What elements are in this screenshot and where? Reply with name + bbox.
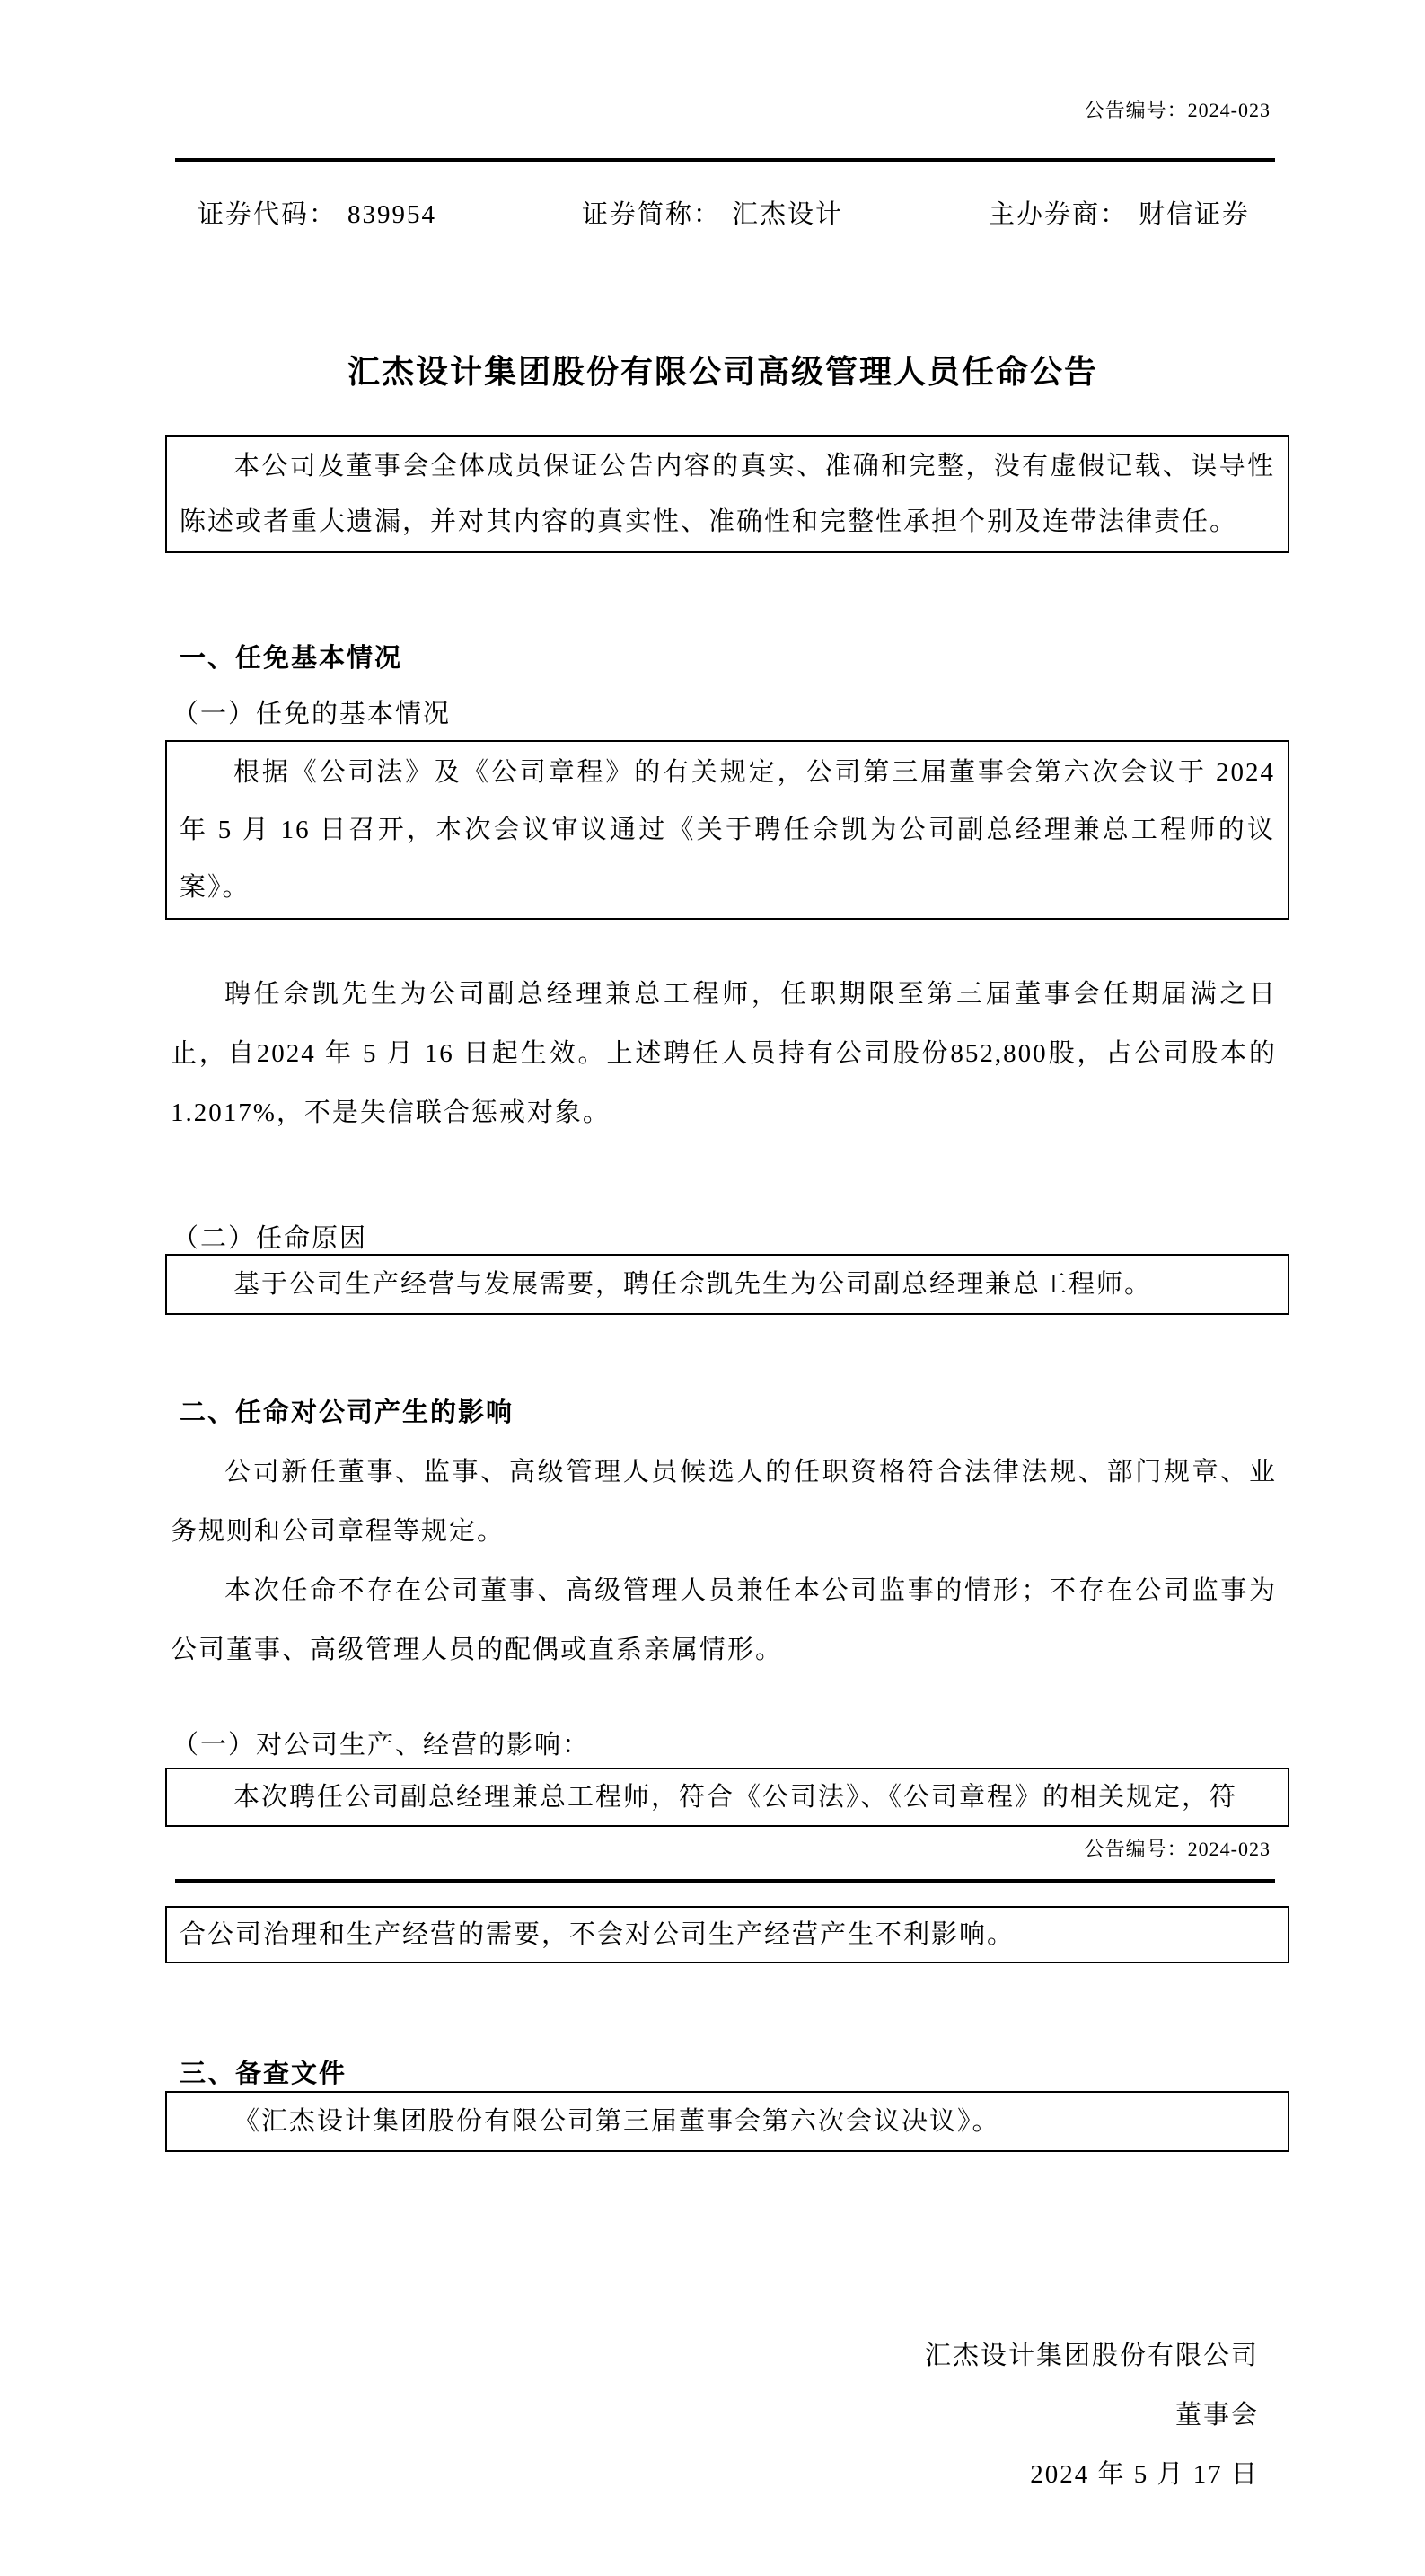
section-2-heading: 二、任命对公司产生的影响 [180,1392,514,1429]
signature-board: 董事会 [171,2386,1259,2445]
production-impact-text-part1: 本次聘任公司副总经理兼总工程师，符合《公司法》、《公司章程》的相关规定，符 [180,1782,1275,1813]
section-1-heading: 一、任免基本情况 [180,638,402,675]
signature-block: 汇杰设计集团股份有限公司 董事会 2024 年 5 月 17 日 [171,2326,1259,2504]
reference-documents-box: 《汇杰设计集团股份有限公司第三届董事会第六次会议决议》。 [165,2091,1289,2152]
sponsor-broker-value: 财信证券 [1139,200,1250,229]
stock-abbreviation-label: 证券简称： [582,200,721,229]
disclaimer-box: 本公司及董事会全体成员保证公告内容的真实、准确和完整，没有虚假记载、误导性陈述或… [165,435,1289,553]
announcement-number-page2: 公告编号：2024-023 [171,1834,1271,1862]
production-impact-box-part1: 本次聘任公司副总经理兼总工程师，符合《公司法》、《公司章程》的相关规定，符 [165,1768,1289,1827]
stock-code: 证券代码：839954 [198,194,436,231]
stock-code-value: 839954 [347,200,436,229]
appointment-reason-box: 基于公司生产经营与发展需要，聘任佘凯先生为公司副总经理兼总工程师。 [165,1254,1289,1315]
basic-situation-text: 根据《公司法》及《公司章程》的有关规定，公司第三届董事会第六次会议于 2024 … [180,744,1275,916]
page2-divider [175,1879,1275,1883]
top-divider [175,158,1275,162]
signature-date: 2024 年 5 月 17 日 [171,2445,1259,2504]
appointment-paragraph: 聘任佘凯先生为公司副总经理兼总工程师，任职期限至第三届董事会任期届满之日止，自2… [171,965,1277,1142]
production-impact-box-part2: 合公司治理和生产经营的需要，不会对公司生产经营产生不利影响。 [165,1906,1289,1963]
section-1-sub-1-heading: （一）任免的基本情况 [172,693,451,730]
basic-situation-box: 根据《公司法》及《公司章程》的有关规定，公司第三届董事会第六次会议于 2024 … [165,740,1289,920]
appointment-reason-text: 基于公司生产经营与发展需要，聘任佘凯先生为公司副总经理兼总工程师。 [180,1269,1275,1300]
impact-paragraphs: 公司新任董事、监事、高级管理人员候选人的任职资格符合法律法规、部门规章、业务规则… [171,1442,1277,1680]
sponsor-broker: 主办券商：财信证券 [989,194,1250,231]
document-title: 汇杰设计集团股份有限公司高级管理人员任命公告 [171,347,1275,393]
impact-paragraph-1: 公司新任董事、监事、高级管理人员候选人的任职资格符合法律法规、部门规章、业务规则… [171,1442,1277,1561]
section-3-heading: 三、备查文件 [180,2053,347,2090]
stock-abbreviation-value: 汇杰设计 [732,200,843,229]
securities-header-row: 证券代码：839954 证券简称：汇杰设计 主办券商：财信证券 [198,194,1250,231]
section-2-sub-1-heading: （一）对公司生产、经营的影响： [172,1725,590,1761]
signature-company: 汇杰设计集团股份有限公司 [171,2326,1259,2386]
reference-documents-text: 《汇杰设计集团股份有限公司第三届董事会第六次会议决议》。 [180,2106,1275,2137]
section-1-sub-2-heading: （二）任命原因 [172,1218,367,1255]
announcement-number-top: 公告编号：2024-023 [171,95,1271,123]
sponsor-broker-label: 主办券商： [989,200,1128,229]
stock-code-label: 证券代码： [198,200,337,229]
announcement-page: 公告编号：2024-023 证券代码：839954 证券简称：汇杰设计 主办券商… [0,0,1425,2576]
stock-abbreviation: 证券简称：汇杰设计 [582,194,843,231]
disclaimer-text: 本公司及董事会全体成员保证公告内容的真实、准确和完整，没有虚假记载、误导性陈述或… [180,438,1275,550]
production-impact-text-part2: 合公司治理和生产经营的需要，不会对公司生产经营产生不利影响。 [180,1919,1275,1950]
impact-paragraph-2: 本次任命不存在公司董事、高级管理人员兼任本公司监事的情形；不存在公司监事为公司董… [171,1561,1277,1680]
